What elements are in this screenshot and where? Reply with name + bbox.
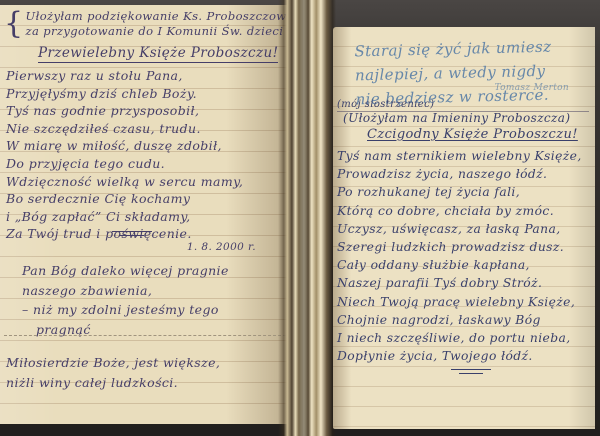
handwritten-line: I niech szczęśliwie, do portu nieba,: [337, 329, 582, 347]
left-stanza-1: Pierwszy raz u stołu Pana, Przyjęłyśmy d…: [6, 67, 243, 243]
handwritten-line: Pierwszy raz u stołu Pana,: [6, 67, 243, 85]
handwritten-line: Po rozhukanej tej życia fali,: [337, 183, 582, 201]
handwritten-line: Bo serdecznie Cię kochamy: [6, 190, 243, 208]
handwritten-line: niżli winy całej ludzkości.: [6, 373, 220, 393]
handwritten-line: Przyjęłyśmy dziś chleb Boży.: [6, 85, 243, 103]
handwritten-line: pragnąć: [22, 320, 229, 340]
pencil-dashed-divider: [4, 335, 286, 336]
notebook-photo-backdrop: { Ułożyłam podziękowanie Ks. Proboszczow…: [0, 0, 600, 436]
date: 1. 8. 2000 r.: [187, 241, 256, 253]
left-bottom-quote: Miłosierdzie Boże, jest większe, niżli w…: [6, 353, 220, 393]
handwritten-line: Ułożyłam podziękowanie Ks. Proboszczowi,: [26, 9, 295, 24]
right-page: Staraj się żyć jak umiesz najlepiej, a w…: [333, 27, 595, 429]
handwritten-line: Pan Bóg daleko więcej pragnie: [22, 261, 229, 281]
handwritten-line: i „Bóg zapłać” Ci składamy,: [6, 208, 243, 226]
section-divider-flourish: [112, 231, 152, 239]
handwritten-line: Cały oddany służbie kapłana,: [337, 256, 582, 274]
handwritten-line: za przygotowanie do I Komunii Św. dzieci…: [26, 24, 295, 39]
handwritten-line: Miłosierdzie Boże, jest większe,: [6, 353, 220, 373]
right-annotation: (Ułożyłam na Imieniny Proboszcza): [343, 111, 570, 125]
handwritten-line: Wdzięczność wielką w sercu mamy,: [6, 173, 243, 191]
handwritten-line: Dopłynie życia, Twojego łódź.: [337, 347, 582, 365]
handwritten-line: Szeregi ludzkich prowadzisz dusz.: [337, 238, 582, 256]
handwritten-line: Nie szczędziłeś czasu, trudu.: [6, 120, 243, 138]
left-stanza-2: Pan Bóg daleko więcej pragnie naszego zb…: [22, 261, 229, 339]
handwritten-line: Uczysz, uświęcasz, za łaską Pana,: [337, 220, 582, 238]
handwritten-line: – niż my zdolni jesteśmy tego: [22, 300, 229, 320]
left-heading: Przewielebny Księże Proboszczu!: [38, 45, 278, 61]
right-poem: Tyś nam sternikiem wielebny Księże, Prow…: [337, 147, 582, 365]
handwritten-line: Niech Twoją pracę wielebny Księże,: [337, 293, 582, 311]
quote-attribution: Tomasz Merton: [495, 83, 569, 93]
handwritten-line: W miarę w miłość, duszę zdobił,: [6, 137, 243, 155]
left-page: { Ułożyłam podziękowanie Ks. Proboszczow…: [0, 5, 290, 424]
section-divider-flourish: [451, 369, 491, 377]
handwritten-line: Do przyjęcia tego cudu.: [6, 155, 243, 173]
handwritten-line: Chojnie nagrodzi, łaskawy Bóg: [337, 311, 582, 329]
left-annotation: { Ułożyłam podziękowanie Ks. Proboszczow…: [4, 9, 316, 39]
handwritten-line: Którą co dobre, chciała by zmóc.: [337, 202, 582, 220]
open-brace: {: [4, 9, 24, 39]
handwritten-line: Tyś nas godnie przysposobił,: [6, 102, 243, 120]
handwritten-line: Tyś nam sternikiem wielebny Księże,: [337, 147, 582, 165]
right-heading: Czcigodny Księże Proboszczu!: [367, 127, 578, 142]
handwritten-line: Naszej parafii Tyś dobry Stróż.: [337, 274, 582, 292]
binding-shadow: [296, 0, 310, 436]
handwritten-line: naszego zbawienia,: [22, 281, 229, 301]
handwritten-line: Prowadzisz życia, naszego łódź.: [337, 165, 582, 183]
